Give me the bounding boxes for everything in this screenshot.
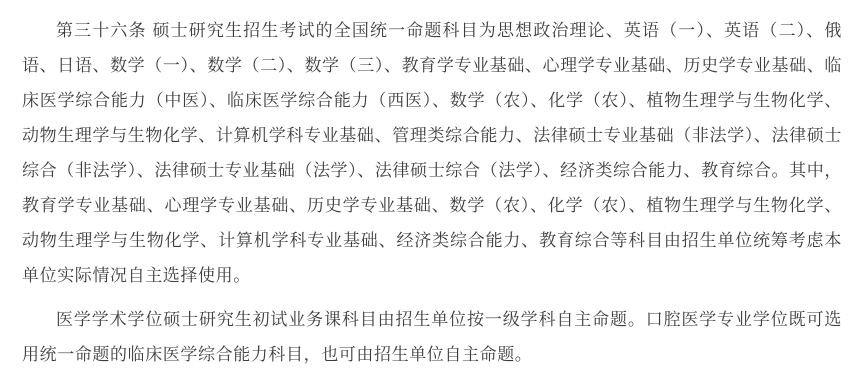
paragraph-medical-exam-provision: 医学学术学位硕士研究生初试业务课科目由招生单位按一级学科自主命题。口腔医学专业学… [22, 302, 842, 372]
document-page: 第三十六条 硕士研究生招生考试的全国统一命题科目为思想政治理论、英语（一）、英语… [0, 0, 862, 375]
paragraph-article-36: 第三十六条 硕士研究生招生考试的全国统一命题科目为思想政治理论、英语（一）、英语… [22, 13, 842, 293]
